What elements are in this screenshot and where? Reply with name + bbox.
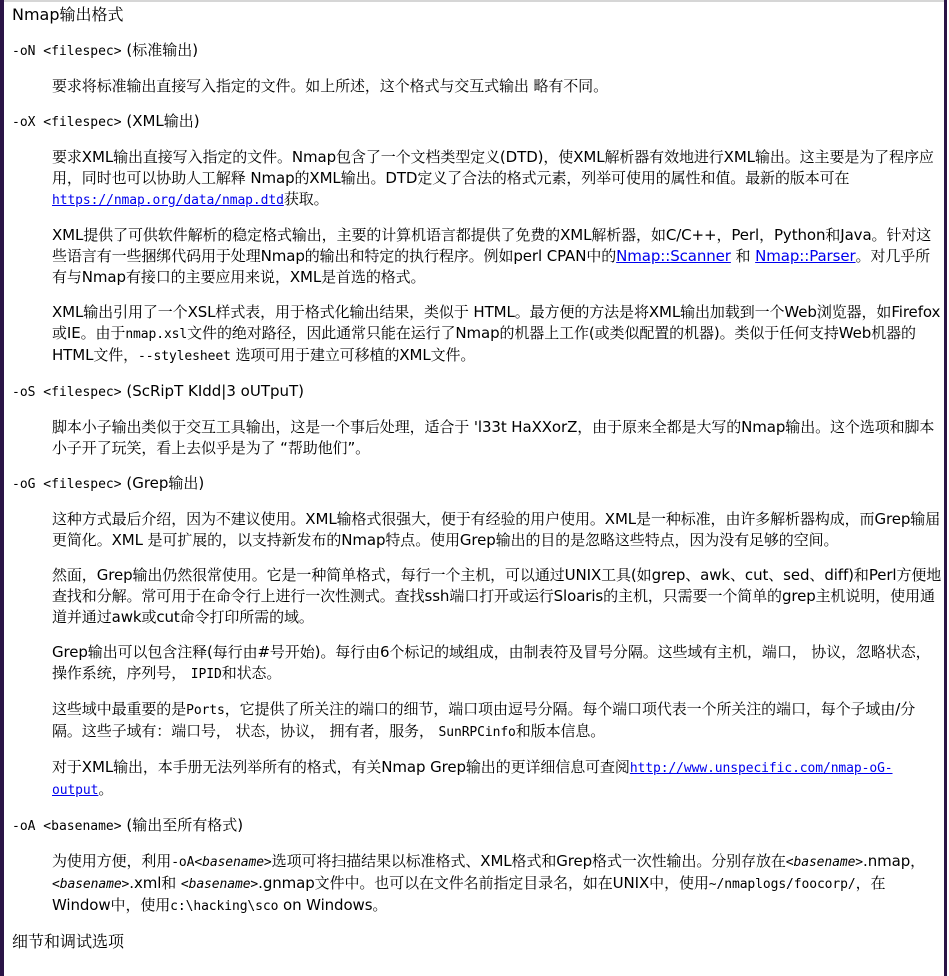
text: 。 (98, 780, 113, 798)
text: 选项可用于建立可移植的XML文件。 (231, 346, 476, 364)
text: 选项可将扫描结果以标准格式、XML格式和Grep格式一次性输出。分别存放在 (272, 852, 786, 870)
nmap-scanner-link[interactable]: Nmap::Scanner (616, 247, 731, 265)
code-filename: nmap.xsl (125, 327, 187, 342)
option-flag: -oA <basename> (12, 819, 122, 834)
paragraph: 这种方式最后介绍，因为不建议使用。XML输格式很强大，便于有经验的用户使用。XM… (52, 509, 942, 551)
right-border (944, 0, 947, 976)
paragraph: 为使用方便，利用-oA<basename>选项可将扫描结果以标准格式、XML格式… (52, 851, 942, 917)
code-field: IPID (191, 667, 222, 682)
paragraph: 这些域中最重要的是Ports，它提供了所关注的端口的细节，端口项由逗号分隔。每个… (52, 699, 942, 743)
option-oA: -oA <basename> (输出至所有格式) (12, 815, 942, 837)
dtd-link[interactable]: https://nmap.org/data/nmap.dtd (52, 193, 284, 208)
paragraph: Grep输出可以包含注释(每行由#号开始)。每行由6个标记的域组成，由制表符及冒… (52, 642, 942, 685)
code-basename: <basename> (194, 855, 271, 870)
paragraph: 脚本小子输出类似于交互工具输出，这是一个事后处理，适合于 'l33t HaXXo… (52, 417, 942, 459)
paragraph: XML提供了可供软件解析的稳定格式输出，主要的计算机语言都提供了免费的XML解析… (52, 225, 942, 288)
option-label: (输出至所有格式) (122, 816, 243, 834)
code-field: SunRPCinfo (439, 725, 516, 740)
option-label: (ScRipT KIdd|3 oUTpuT) (122, 382, 304, 400)
code-path: c:\hacking\sco (170, 899, 278, 914)
option-flag: -oX <filespec> (12, 115, 122, 130)
paragraph: 然面，Grep输出仍然很常使用。它是一种简单格式，每行一个主机，可以通过UNIX… (52, 565, 942, 628)
next-section-heading: 细节和调试选项 (12, 931, 942, 953)
nmap-parser-link[interactable]: Nmap::Parser (755, 247, 855, 265)
code-option: --stylesheet (138, 349, 231, 364)
code-basename: <basename> (181, 877, 258, 892)
option-oG: -oG <filespec> (Grep输出) (12, 473, 942, 495)
option-label: (Grep输出) (122, 474, 205, 492)
document-body: Nmap输出格式 -oN <filespec> (标准输出) 要求将标准输出直接… (12, 2, 942, 953)
option-oS: -oS <filespec> (ScRipT KIdd|3 oUTpuT) (12, 381, 942, 403)
paragraph: 要求将标准输出直接写入指定的文件。如上所述，这个格式与交互式输出 略有不同。 (52, 76, 942, 97)
paragraph: 要求XML输出直接写入指定的文件。Nmap包含了一个文档类型定义(DTD)，使X… (52, 147, 942, 211)
paragraph: 对于XML输出，本手册无法列举所有的格式，有关Nmap Grep输出的更详细信息… (52, 757, 942, 801)
text: 为使用方便，利用 (52, 852, 171, 870)
option-flag: -oN <filespec> (12, 44, 122, 59)
option-flag: -oS <filespec> (12, 385, 122, 400)
code-path: ~/nmaplogs/foocorp/ (709, 877, 856, 892)
option-label: (标准输出) (122, 41, 198, 59)
option-oN: -oN <filespec> (标准输出) (12, 40, 942, 62)
text: 和 (731, 247, 755, 265)
option-flag: -oG <filespec> (12, 477, 122, 492)
left-border (0, 0, 4, 976)
code-field: Ports (186, 703, 225, 718)
text: .xml和 (129, 874, 181, 892)
code-option: -oA (171, 855, 194, 870)
option-oX: -oX <filespec> (XML输出) (12, 111, 942, 133)
text: 要求XML输出直接写入指定的文件。Nmap包含了一个文档类型定义(DTD)，使X… (52, 148, 934, 187)
code-basename: <basename> (52, 877, 129, 892)
text: on Windows。 (278, 896, 387, 914)
option-label: (XML输出) (122, 112, 200, 130)
text: .nmap， (863, 852, 925, 870)
text: 和版本信息。 (516, 722, 605, 740)
text: 和状态。 (222, 664, 282, 682)
code-basename: <basename> (786, 855, 863, 870)
paragraph: XML输出引用了一个XSL样式表，用于格式化输出结果，类似于 HTML。最方便的… (52, 302, 942, 367)
text: Grep输出可以包含注释(每行由#号开始)。每行由6个标记的域组成，由制表符及冒… (52, 643, 931, 682)
text: .gnmap文件中。也可以在文件名前指定目录名，如在UNIX中，使用 (258, 874, 709, 892)
text: 这些域中最重要的是 (52, 700, 186, 718)
text: 对于XML输出，本手册无法列举所有的格式，有关Nmap Grep输出的更详细信息… (52, 758, 630, 776)
text: 获取。 (284, 190, 329, 208)
page-title: Nmap输出格式 (12, 4, 942, 26)
